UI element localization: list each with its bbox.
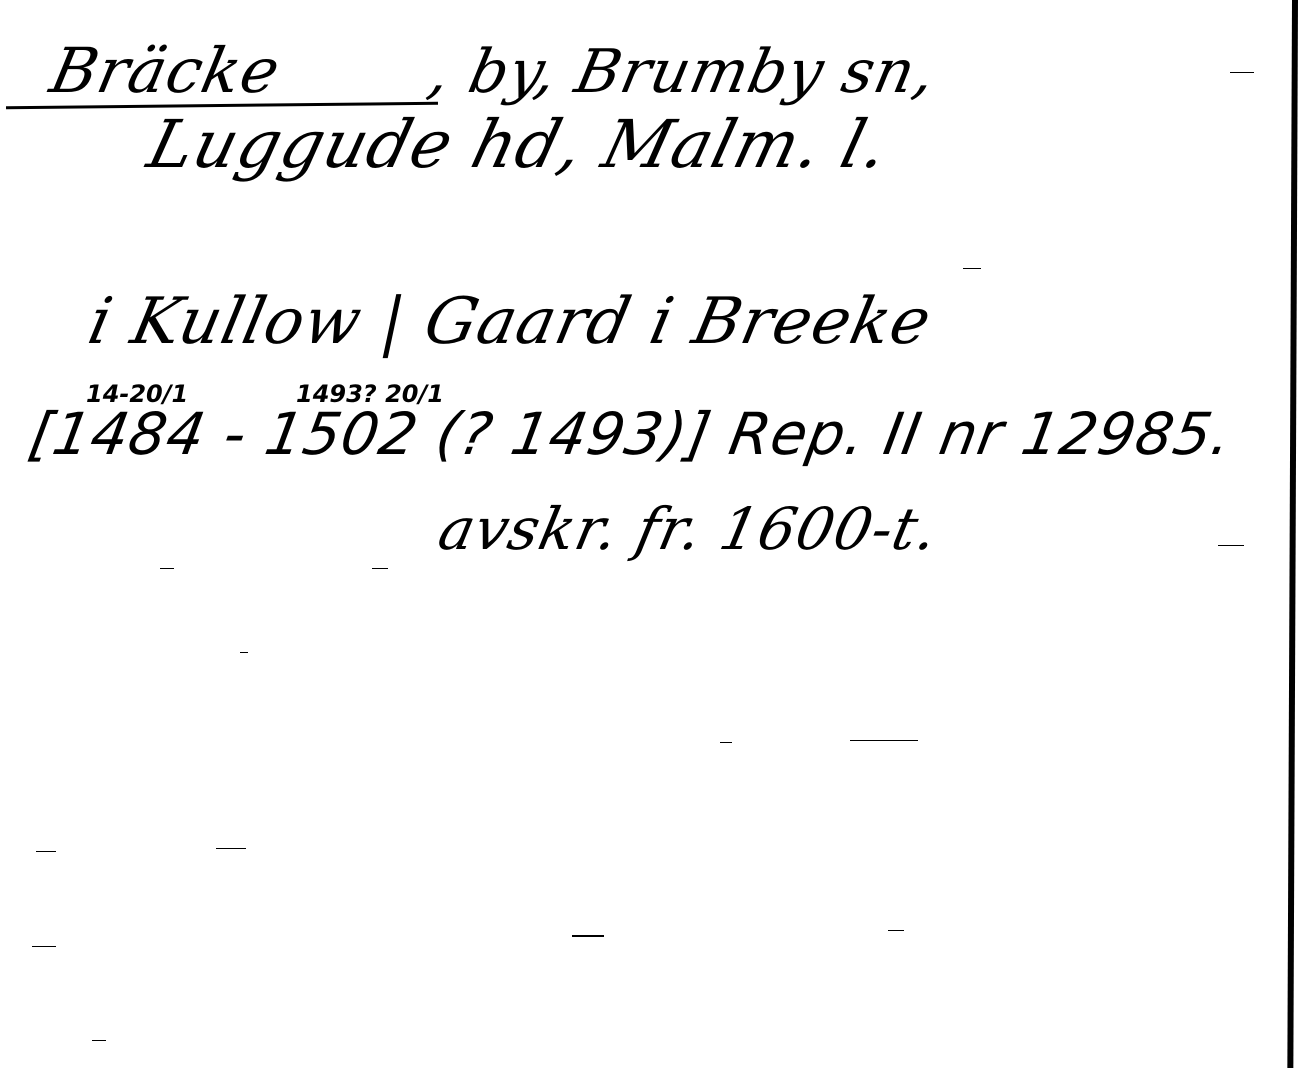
scan-noise: [240, 652, 248, 653]
index-card: Bräcke , by, Brumby sn, Luggude hd, Malm…: [0, 0, 1311, 1068]
scan-noise: [32, 946, 56, 947]
transcript-note-line: avskr. fr. 1600-t.: [434, 500, 943, 558]
scan-noise: [1218, 545, 1244, 546]
scan-noise: [36, 851, 56, 852]
scan-noise: [216, 848, 246, 849]
district-county-line: Luggude hd, Malm. l.: [142, 112, 895, 178]
place-type-parish: , by, Brumby sn,: [424, 42, 942, 102]
scan-noise: [372, 568, 388, 569]
scan-noise: [963, 268, 981, 269]
scan-noise: [92, 1040, 106, 1041]
scan-noise: [888, 930, 904, 931]
source-reference-line: [1484 - 1502 (? 1493)] Rep. II nr 12985.: [25, 405, 1237, 463]
card-edge-border: [1287, 0, 1298, 1068]
place-name-title: Bräcke: [45, 40, 285, 102]
scan-noise: [160, 568, 174, 569]
scan-noise: [850, 740, 918, 741]
scan-noise: [1230, 72, 1254, 73]
scan-noise: [720, 742, 732, 743]
historical-form-line: i Kullow | Gaard i Breeke: [83, 290, 937, 354]
scan-noise: [572, 935, 604, 937]
